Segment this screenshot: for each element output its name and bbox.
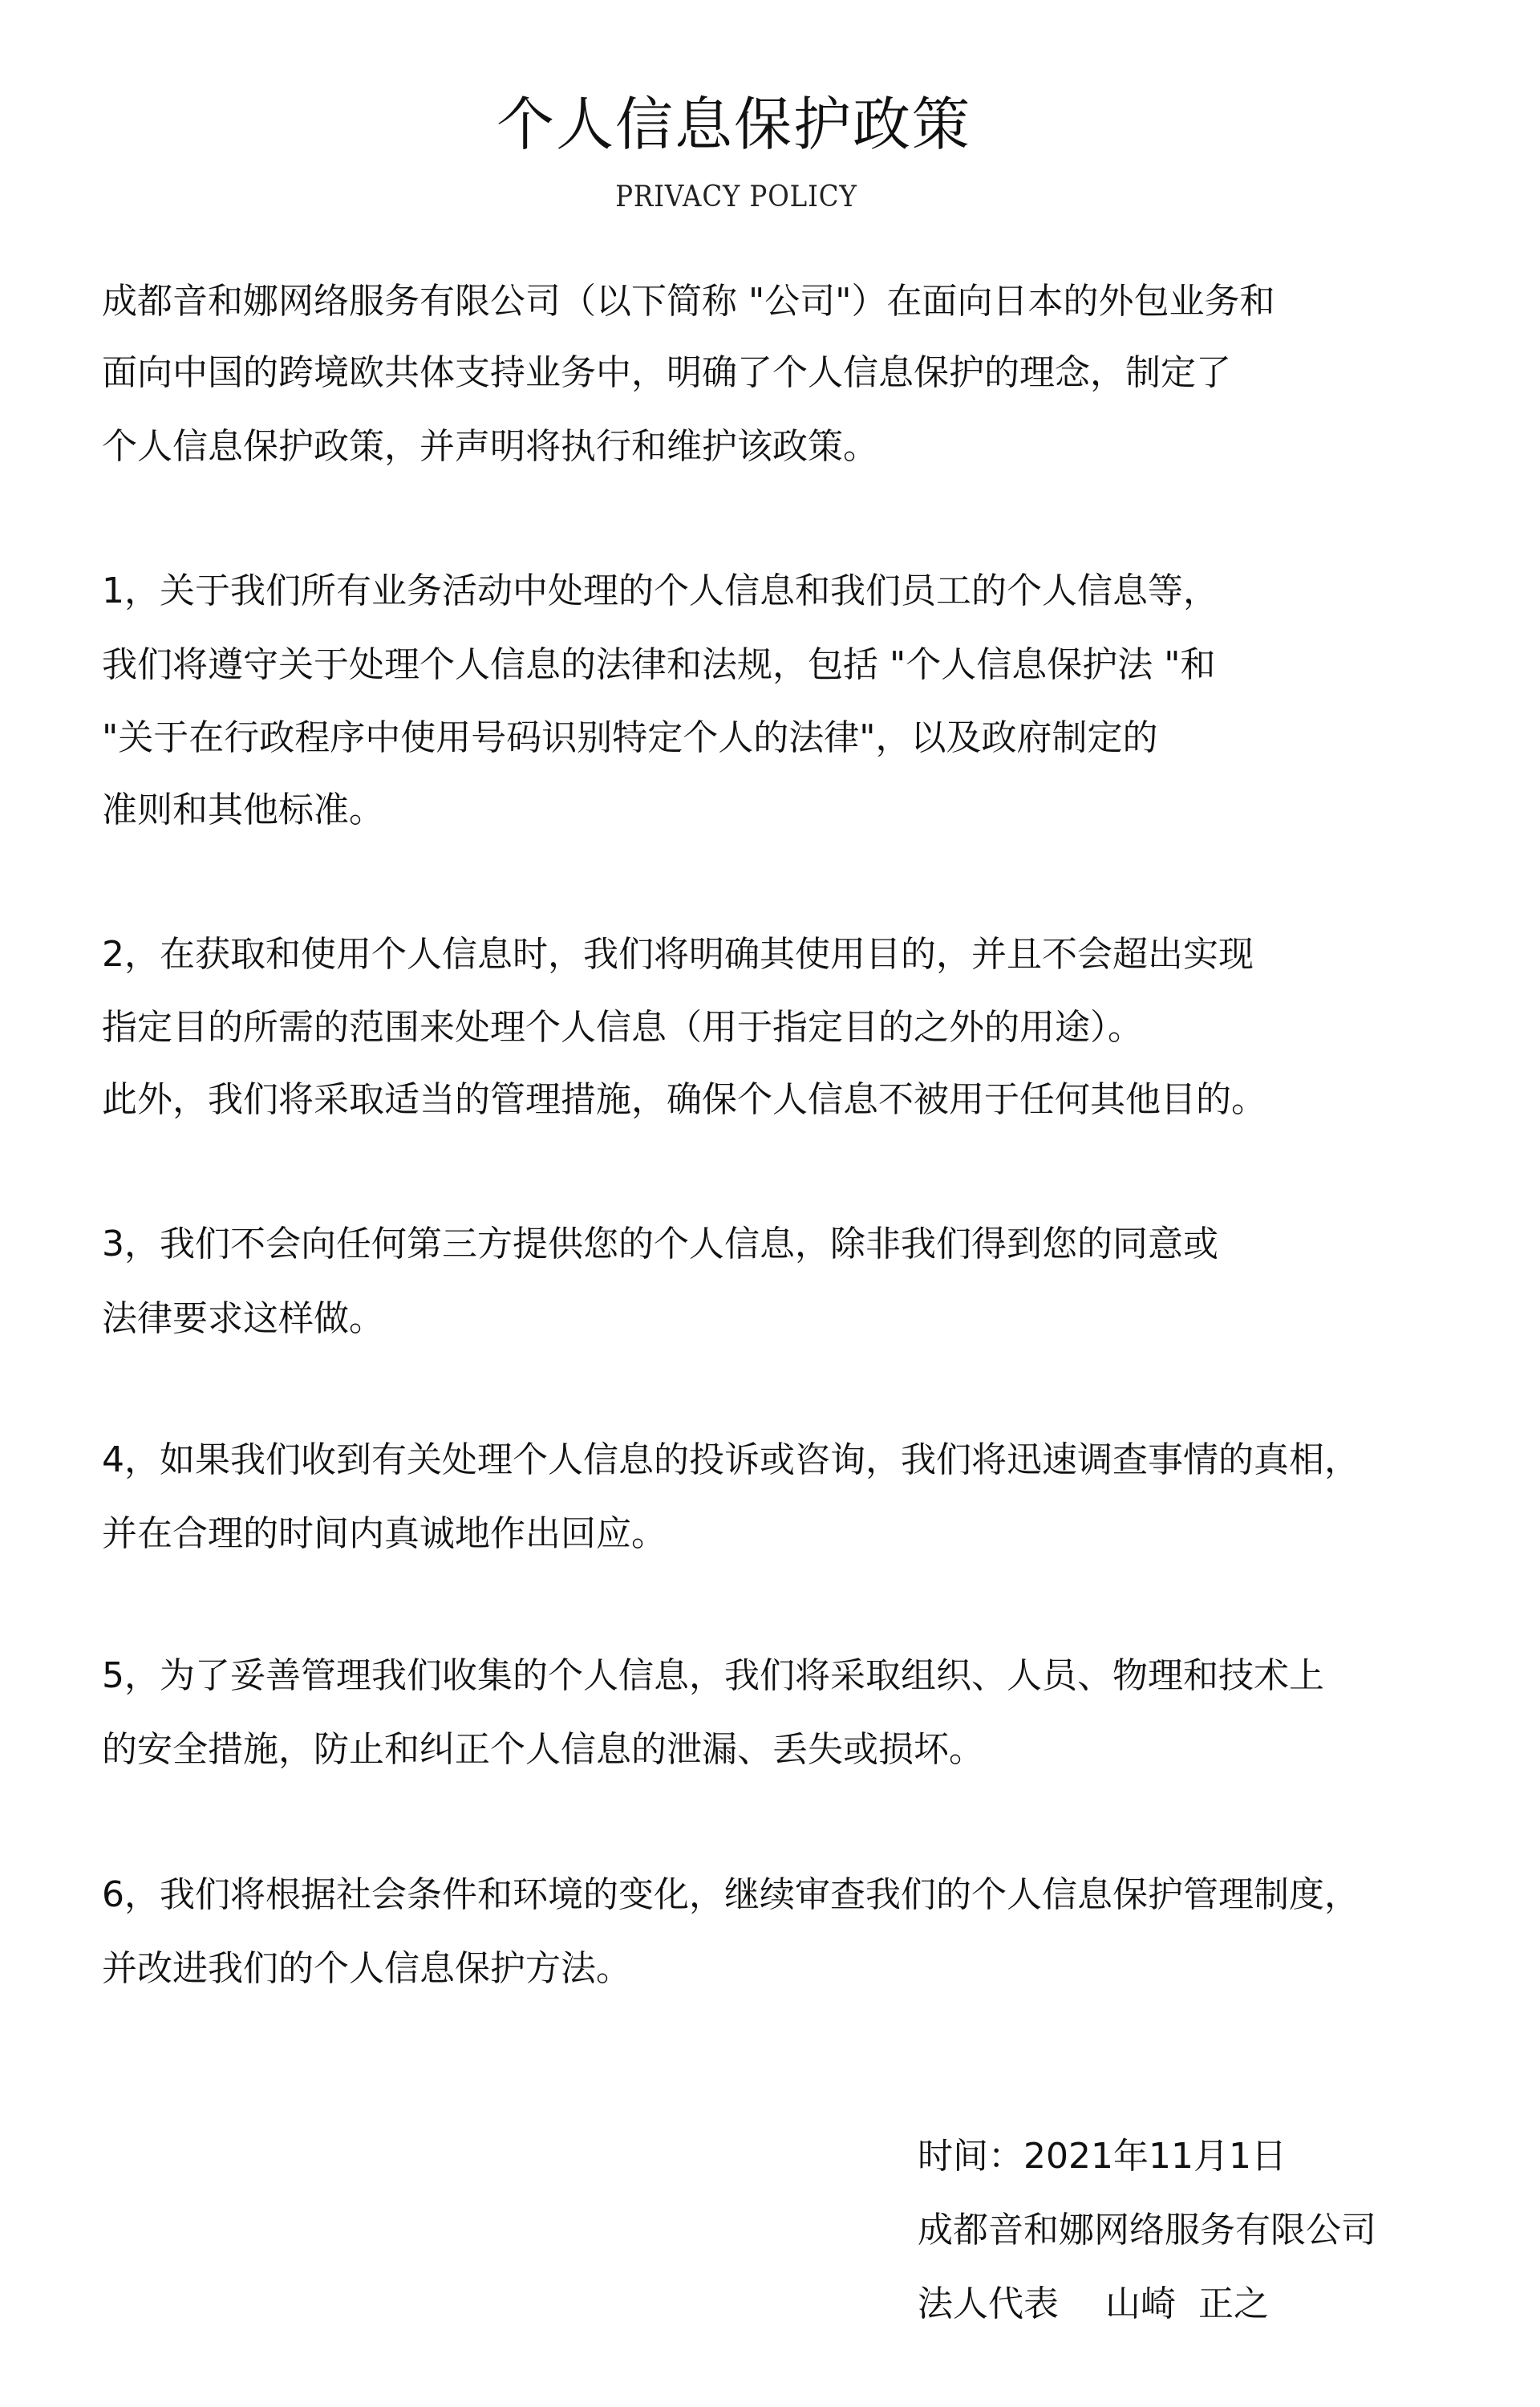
item-line: 6，我们将根据社会条件和环境的变化，继续审查我们的个人信息保护管理制度， (102, 1873, 1360, 1918)
item-line: "关于在行政程序中使用号码识别特定个人的法律"，以及政府制定的 (102, 716, 1157, 761)
item-line: 并改进我们的个人信息保护方法。 (102, 1946, 631, 1991)
item-line: 我们将遵守关于处理个人信息的法律和法规，包括 "个人信息保护法 "和 (102, 643, 1215, 688)
item-line: 2，在获取和使用个人信息时，我们将明确其使用目的，并且不会超出实现 (102, 932, 1254, 977)
item-line: 此外，我们将采取适当的管理措施，确保个人信息不被用于任何其他目的。 (102, 1078, 1266, 1122)
document-subtitle: PRIVACY POLICY (74, 178, 1399, 217)
item-line: 4，如果我们收到有关处理个人信息的投诉或咨询，我们将迅速调查事情的真相， (102, 1438, 1360, 1483)
signature-company: 成都音和娜网络服务有限公司 (918, 2208, 1376, 2253)
item-line: 并在合理的时间内真诚地作出回应。 (102, 1512, 667, 1557)
signature-representative: 法人代表 山崎 正之 (918, 2282, 1269, 2327)
item-line: 的安全措施，防止和纠正个人信息的泄漏、丢失或损坏。 (102, 1727, 984, 1772)
item-line: 3，我们不会向任何第三方提供您的个人信息，除非我们得到您的同意或 (102, 1222, 1218, 1267)
intro-line: 面向中国的跨境欧共体支持业务中，明确了个人信息保护的理念，制定了 (102, 351, 1231, 396)
item-line: 准则和其他标准。 (102, 788, 384, 833)
item-line: 指定目的所需的范围来处理个人信息（用于指定目的之外的用途）。 (102, 1005, 1143, 1050)
document-title: 个人信息保护政策 (0, 88, 1468, 160)
item-line: 法律要求这样做。 (102, 1297, 384, 1342)
item-line: 5，为了妥善管理我们收集的个人信息，我们将采取组织、人员、物理和技术上 (102, 1654, 1324, 1699)
signature-date: 时间：2021年11月1日 (918, 2134, 1287, 2179)
intro-line: 个人信息保护政策，并声明将执行和维护该政策。 (102, 424, 878, 469)
item-line: 1，关于我们所有业务活动中处理的个人信息和我们员工的个人信息等， (102, 569, 1218, 614)
intro-line: 成都音和娜网络服务有限公司（以下简称 "公司"）在面向日本的外包业务和 (102, 279, 1275, 324)
